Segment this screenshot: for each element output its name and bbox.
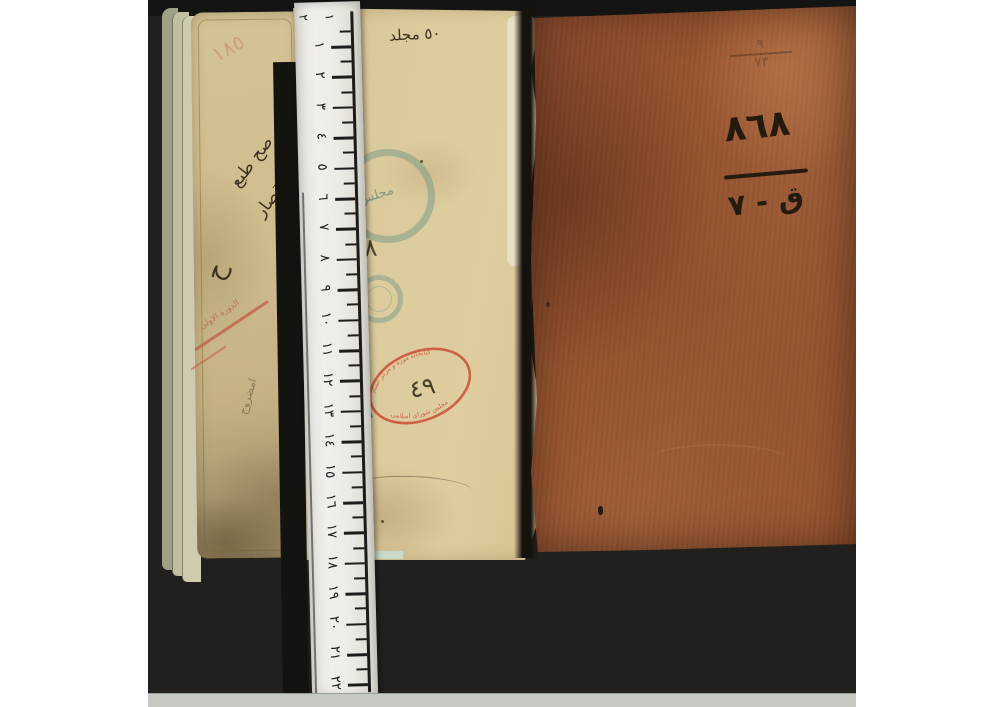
faded-red-scribble: ١٨٥	[207, 30, 248, 67]
ruler-tick-major	[343, 501, 363, 504]
ruler-number: ٢	[312, 65, 329, 85]
ruler-tick-major	[338, 319, 358, 322]
stamp-inner-number: ٤٩	[407, 371, 438, 404]
leather-blemish	[546, 302, 550, 307]
ink-speck	[420, 160, 423, 163]
ruler-number: ١٩	[325, 582, 343, 603]
ruler-tick-minor	[349, 395, 360, 397]
leather-cover: ٩ ٧٣ ٨٦٨ ق - ٧	[528, 4, 856, 552]
faded-red-note: الدورة الاولى	[198, 298, 242, 332]
ruler-tick-major	[331, 45, 351, 48]
ruler-tick-minor	[348, 334, 359, 336]
ruler-tick-minor	[344, 182, 355, 184]
ruler-number: ١٦	[322, 490, 340, 511]
leather-scuff	[648, 444, 788, 476]
ruler-tick-minor	[340, 30, 351, 32]
ruler-tick-major	[342, 471, 362, 474]
ruler-tick-minor	[352, 486, 363, 488]
ruler-tick-major	[341, 410, 361, 413]
ruler-number: ١٢	[320, 369, 337, 389]
faint-handwritten-note: امضروح	[236, 377, 259, 416]
ruler-top-glyph: ١	[323, 14, 337, 21]
ruler-tick-minor	[346, 273, 357, 275]
pencil-fraction: ٩ ٧٣	[725, 36, 797, 72]
ruler-number: ١٧	[324, 521, 341, 541]
stamp-inner-ring	[366, 286, 392, 312]
ruler-tick-minor	[341, 91, 352, 93]
ruler-tick-minor	[349, 364, 360, 366]
ruler-tick-minor	[347, 304, 358, 306]
ruler-tick-major	[333, 106, 353, 109]
ruler-tick-major	[339, 349, 359, 352]
ruler-tick-minor	[342, 121, 353, 123]
ruler-tick-major	[337, 258, 357, 261]
cover-shelf-code: ق - ٧	[726, 179, 806, 223]
ruler-tick-major	[341, 440, 361, 443]
ruler-tick-minor	[356, 668, 367, 670]
ruler-number: ١٥	[322, 460, 339, 480]
manuscript-photo: ١٨٥ صح طبع قصار بابر ح الدورة الاولى امض…	[148, 0, 856, 707]
ruler-number: ٨	[316, 248, 333, 268]
ruler-tick-major	[346, 623, 366, 626]
ruler-number: ١٤	[321, 430, 338, 450]
ruler-tick-minor	[345, 243, 356, 245]
top-handwritten-note: ٥٠ مجلد	[389, 21, 494, 44]
ruler-tick-minor	[352, 516, 363, 518]
handwritten-flourish: ح	[199, 258, 233, 285]
ruler-tick-minor	[341, 61, 352, 63]
ruler-tick-major	[332, 76, 352, 79]
backdrop-bottom-strip	[148, 693, 856, 707]
ruler-tick-minor	[345, 213, 356, 215]
ruler-number: ٢٠	[326, 612, 343, 632]
ruler-tick-major	[345, 562, 365, 565]
ruler-tick-minor	[356, 638, 367, 640]
ruler-number: ٣	[312, 96, 329, 116]
ruler-tick-minor	[354, 577, 365, 579]
ruler-number: ١٣	[320, 399, 338, 420]
ruler-top-glyph: ٢	[297, 14, 311, 21]
ruler-tick-major	[348, 684, 368, 687]
ruler-tick-major	[336, 228, 356, 231]
ruler-number: ٥	[314, 157, 331, 177]
ruler-number: ١٠	[318, 308, 336, 329]
ruler-number: ٩	[317, 278, 334, 298]
ruler-number: ٤	[313, 126, 331, 147]
manuscript-scan-page: ١٨٥ صح طبع قصار بابر ح الدورة الاولى امض…	[0, 0, 1000, 707]
ruler-tick-major	[340, 380, 360, 383]
ruler-tick-major	[338, 288, 358, 291]
ruler-tick-major	[335, 197, 355, 200]
leather-blemish	[598, 506, 603, 515]
ruler-number: ٦	[315, 187, 332, 207]
ink-speck	[381, 520, 384, 523]
ruler-tick-major	[334, 137, 354, 140]
ruler-number: ٧	[315, 217, 333, 238]
ruler-number: ٢٢	[327, 673, 345, 694]
ruler-tick-major	[347, 653, 367, 656]
ruler-number: ١	[310, 35, 328, 56]
ruler-number: ١١	[319, 339, 336, 359]
ruler-tick-minor	[355, 608, 366, 610]
ruler-tick-major	[334, 167, 354, 170]
cover-fraction-bar	[724, 168, 808, 179]
ruler-tick-minor	[353, 547, 364, 549]
ruler-tick-minor	[343, 152, 354, 154]
ruler-tick-minor	[351, 456, 362, 458]
ruler-tick-minor	[350, 425, 361, 427]
ruler-number: ١٨	[324, 552, 341, 572]
ruler-number: ٢١	[327, 643, 344, 663]
red-oval-library-stamp: كتابخانه موزه و مركز اسناد مجلس شوراى اس…	[359, 330, 481, 442]
cover-shelf-number: ٨٦٨	[722, 103, 792, 151]
ruler-tick-major	[344, 532, 364, 535]
ruler-tick-major	[345, 592, 365, 595]
